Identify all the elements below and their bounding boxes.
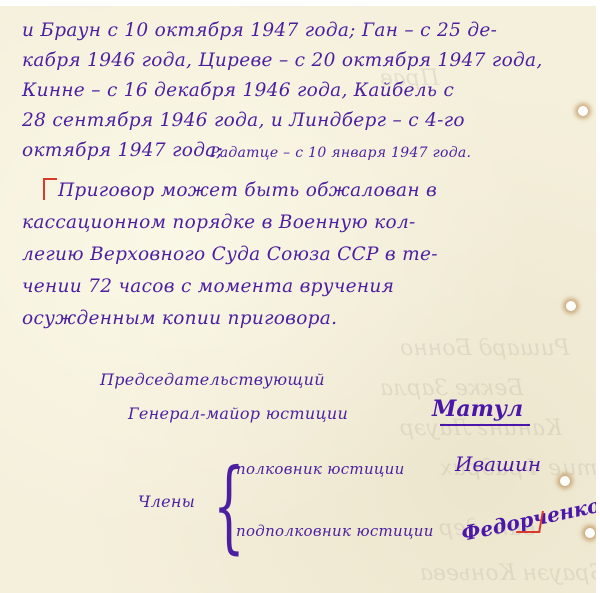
member-1-rank: полковник юстиции bbox=[236, 460, 405, 478]
text-line-2: кабря 1946 года, Циреве – с 20 октября 1… bbox=[22, 50, 543, 71]
bleed-through-text: Брауэн Коньева bbox=[420, 561, 596, 586]
appeal-line-2: кассационном порядке в Военную кол- bbox=[22, 212, 416, 233]
members-label: Члены bbox=[138, 492, 195, 511]
presiding-title: Председательствующий bbox=[100, 370, 325, 389]
member-2-rank: подполковник юстиции bbox=[236, 522, 434, 540]
binding-hole bbox=[566, 301, 576, 311]
text-line-5: октября 1947 года; bbox=[22, 140, 223, 161]
appeal-line-1: Приговор может быть обжалован в bbox=[58, 180, 437, 201]
appeal-line-4: чении 72 часов с момента вручения bbox=[22, 276, 394, 297]
binding-hole bbox=[560, 476, 570, 486]
bleed-through-text: Ришард Бонно bbox=[400, 336, 570, 361]
member-1-signature: Ивашин bbox=[455, 452, 541, 476]
text-line-4: 28 сентября 1946 года, и Линдберг – с 4-… bbox=[22, 110, 465, 131]
signature-underline bbox=[440, 424, 530, 426]
document-page: Прав Ришард Бонно Бекке Зарла Канинг Лау… bbox=[0, 6, 596, 593]
binding-hole bbox=[585, 528, 595, 538]
red-check-mark bbox=[516, 511, 544, 533]
red-paragraph-mark bbox=[43, 178, 57, 200]
text-line-1: и Браун с 10 октября 1947 года; Ган – с … bbox=[22, 20, 497, 41]
presiding-signature: Матул bbox=[432, 396, 523, 422]
appeal-line-3: легию Верховного Суда Союза ССР в те- bbox=[22, 244, 438, 265]
text-line-3: Кинне – с 16 декабря 1946 года, Кайбель … bbox=[22, 80, 454, 101]
binding-hole bbox=[578, 106, 588, 116]
appeal-line-5: осужденным копии приговора. bbox=[22, 308, 337, 329]
presiding-rank: Генерал-майор юстиции bbox=[128, 404, 348, 423]
inserted-note: Радатце – с 10 января 1947 года. bbox=[210, 145, 471, 161]
